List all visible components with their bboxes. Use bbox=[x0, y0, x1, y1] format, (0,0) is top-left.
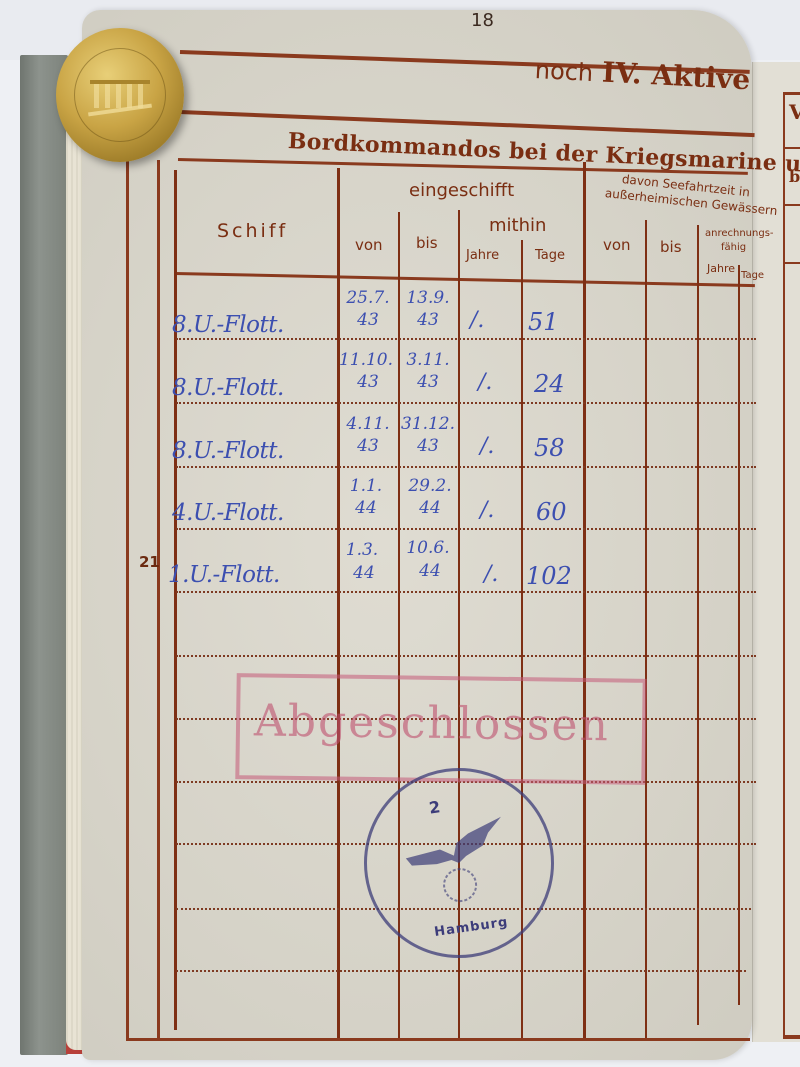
from-day-cell: 4.11. bbox=[340, 414, 396, 434]
ship-cell: 8.U.-Flott. bbox=[172, 375, 284, 401]
years-cell: /. bbox=[484, 562, 498, 587]
ship-cell: 8.U.-Flott. bbox=[172, 438, 284, 464]
to-year-cell: 43 bbox=[400, 310, 456, 330]
row-separator bbox=[176, 528, 756, 530]
days-cell: 51 bbox=[528, 308, 559, 336]
closed-stamp-text: Abgeschlossen bbox=[254, 695, 610, 751]
days-cell: 24 bbox=[534, 370, 565, 398]
adjacent-page-frame bbox=[783, 92, 800, 1039]
ship-cell: 1.U.-Flott. bbox=[168, 562, 280, 588]
days-cell: 58 bbox=[534, 434, 565, 462]
adjacent-page-rule bbox=[783, 204, 800, 206]
to-day-cell: 13.9. bbox=[400, 288, 456, 308]
closed-stamp: Abgeschlossen bbox=[235, 673, 646, 785]
from-day-cell: 1.1. bbox=[338, 476, 394, 496]
row-marker: 21 bbox=[139, 553, 160, 571]
years-cell: /. bbox=[478, 370, 492, 395]
years-cell: /. bbox=[470, 308, 484, 333]
eagle-icon bbox=[391, 805, 524, 921]
column-divider bbox=[697, 225, 699, 1025]
table-frame-left bbox=[157, 160, 160, 1040]
ship-cell: 4.U.-Flott. bbox=[172, 500, 284, 526]
days-cell: 60 bbox=[536, 498, 567, 526]
from-year-cell: 43 bbox=[340, 310, 396, 330]
brandenburg-gate-icon bbox=[86, 74, 154, 118]
row-separator bbox=[176, 338, 756, 340]
header-days-2: Tage bbox=[741, 270, 764, 281]
header-ship: Schiff bbox=[217, 220, 288, 242]
adjacent-page-heading: V bbox=[789, 100, 800, 124]
from-day-cell: 25.7. bbox=[340, 288, 396, 308]
header-years-2: Jahre bbox=[707, 262, 735, 275]
row-separator bbox=[176, 466, 756, 468]
from-year-cell: 44 bbox=[338, 498, 394, 518]
page-frame-bottom bbox=[126, 1038, 750, 1041]
to-day-cell: 3.11. bbox=[400, 350, 456, 370]
header-creditable-2: fähig bbox=[721, 242, 746, 253]
from-year-cell: 44 bbox=[336, 563, 392, 583]
header-days: Tage bbox=[535, 248, 565, 263]
from-year-cell: 43 bbox=[340, 372, 396, 392]
adjacent-page-rule bbox=[783, 262, 800, 264]
row-separator bbox=[176, 655, 756, 657]
from-year-cell: 43 bbox=[340, 436, 396, 456]
to-year-cell: 43 bbox=[400, 436, 456, 456]
page-frame-left bbox=[126, 160, 129, 1040]
ship-cell: 8.U.-Flott. bbox=[172, 312, 284, 338]
row-separator bbox=[176, 591, 756, 593]
from-day-cell: 11.10. bbox=[338, 350, 394, 370]
header-creditable: anrechnungs- bbox=[705, 228, 774, 239]
column-divider bbox=[645, 220, 647, 1038]
book-spine bbox=[20, 55, 68, 1055]
to-day-cell: 31.12. bbox=[400, 414, 456, 434]
to-day-cell: 29.2. bbox=[402, 476, 458, 496]
header-to-2: bis bbox=[660, 238, 682, 256]
header-years: Jahre bbox=[466, 248, 499, 263]
column-divider bbox=[738, 265, 740, 1005]
column-divider bbox=[583, 162, 586, 1038]
to-year-cell: 44 bbox=[402, 498, 458, 518]
years-cell: /. bbox=[480, 498, 494, 523]
column-divider bbox=[174, 170, 177, 1030]
header-from-2: von bbox=[603, 236, 631, 254]
seal-city: Hamburg bbox=[433, 915, 509, 940]
header-embarked: eingeschifft bbox=[409, 180, 514, 201]
header-from: von bbox=[355, 236, 383, 254]
years-cell: /. bbox=[480, 434, 494, 459]
to-year-cell: 43 bbox=[400, 372, 456, 392]
header-to: bis bbox=[416, 234, 438, 252]
to-year-cell: 44 bbox=[402, 561, 458, 581]
page-number: 18 bbox=[471, 10, 494, 31]
coin bbox=[56, 28, 184, 162]
header-thus: mithin bbox=[489, 215, 546, 236]
days-cell: 102 bbox=[526, 562, 572, 590]
from-day-cell: 1.3. bbox=[334, 540, 390, 560]
row-separator bbox=[176, 970, 746, 972]
to-day-cell: 10.6. bbox=[400, 538, 456, 558]
adjacent-page-rule bbox=[783, 147, 800, 149]
row-separator bbox=[176, 402, 756, 404]
section-prefix: noch bbox=[534, 56, 594, 87]
